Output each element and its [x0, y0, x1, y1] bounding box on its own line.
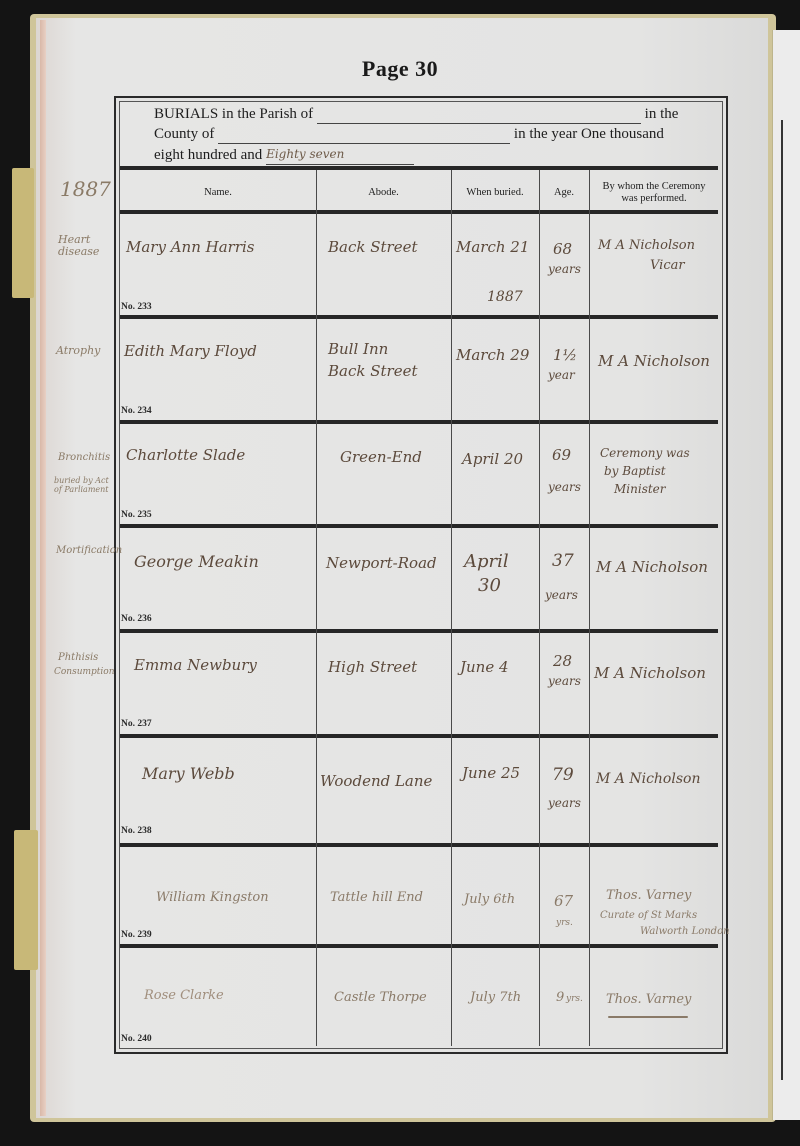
entry-age: 67 — [554, 892, 573, 911]
entry-name: Mary Webb — [142, 764, 235, 783]
margin-year: 1887 — [60, 178, 111, 200]
entry-abode: Back Street — [328, 238, 417, 257]
col-header-ceremony: By whom the Ceremony was performed. — [595, 176, 713, 210]
entry-abode: Tattle hill End — [330, 888, 423, 907]
rule-row — [120, 524, 718, 528]
entry-age: 1½ — [553, 346, 577, 365]
entry-buried: July 7th — [470, 988, 521, 1007]
entry-buried-note: 1887 — [487, 288, 523, 307]
entry-buried: July 6th — [464, 890, 515, 909]
entry-officiant: M A Nicholson — [598, 236, 695, 255]
heading-eight-hundred: eight hundred and — [154, 147, 262, 163]
entry-age: 9 — [556, 988, 564, 1007]
entry-officiant: Thos. Varney — [606, 990, 691, 1009]
binding-tab-top — [12, 168, 34, 298]
col-header-when-buried: When buried. — [451, 176, 539, 210]
entry-age-unit: yrs. — [566, 990, 583, 1009]
entry-abode-line2: Back Street — [328, 362, 417, 381]
binding-tab-bottom — [14, 830, 38, 970]
entry-abode: Woodend Lane — [320, 772, 432, 791]
entry-name: George Meakin — [134, 552, 259, 571]
margin-cause: Phthisis — [58, 652, 98, 664]
entry-age: 28 — [553, 652, 572, 671]
entry-officiant: M A Nicholson — [594, 664, 706, 683]
entry-age: 69 — [552, 446, 571, 465]
page-red-edge — [40, 20, 46, 1116]
rule-row — [120, 734, 718, 738]
entry-buried: March 29 — [456, 346, 529, 365]
col-divider — [316, 170, 317, 1046]
heading-county-label: County of — [154, 126, 214, 142]
entry-age: 79 — [552, 766, 574, 785]
rule-row — [120, 944, 718, 948]
margin-note: buried by Act of Parliament — [54, 476, 114, 494]
rule-row — [120, 420, 718, 424]
entry-officiant-note2: Walworth London — [640, 922, 730, 941]
next-page-edge — [772, 30, 800, 1120]
rule-header-bottom — [120, 210, 718, 214]
heading-parish-label: BURIALS in the Parish of — [154, 106, 313, 122]
entry-buried: April — [464, 552, 509, 571]
heading-in-the: in the — [645, 106, 679, 122]
entry-officiant-note: Vicar — [650, 256, 685, 275]
entry-officiant-note2: Minister — [614, 480, 666, 499]
handwritten-year: Eighty seven — [266, 144, 414, 165]
entry-age-unit: years — [548, 260, 581, 279]
entry-age-unit: year — [548, 366, 575, 385]
entry-officiant: Ceremony was — [600, 444, 690, 463]
page-title: Page 30 — [0, 56, 800, 82]
entry-age: 68 — [553, 240, 572, 259]
entry-number: No. 234 — [121, 406, 152, 416]
col-header-abode: Abode. — [316, 176, 451, 210]
entry-number: No. 233 — [121, 302, 152, 312]
heading-year-label: in the year One thousand — [514, 126, 664, 142]
margin-note: Consumption — [54, 666, 115, 678]
entry-age: 37 — [552, 552, 574, 571]
entry-number: No. 240 — [121, 1034, 152, 1044]
entry-abode: High Street — [328, 658, 417, 677]
margin-cause: Bronchitis — [58, 452, 110, 464]
entry-age-unit: years — [548, 794, 581, 813]
entry-number: No. 236 — [121, 614, 152, 624]
entry-number: No. 238 — [121, 826, 152, 836]
entry-buried: April 20 — [462, 450, 523, 469]
entry-officiant-note: by Baptist — [604, 462, 666, 481]
entry-age-unit: years — [548, 672, 581, 691]
entry-abode: Green-End — [340, 448, 422, 467]
entry-name: Emma Newbury — [134, 656, 257, 675]
entry-name: William Kingston — [156, 888, 269, 907]
col-divider — [539, 170, 540, 1046]
entry-name: Rose Clarke — [144, 986, 224, 1005]
rule-row — [120, 629, 718, 633]
margin-cause: Atrophy — [56, 345, 100, 357]
entry-name: Edith Mary Floyd — [124, 342, 257, 361]
entry-age-unit: yrs. — [556, 914, 573, 933]
entry-number: No. 239 — [121, 930, 152, 940]
entry-abode: Newport-Road — [326, 554, 437, 573]
entry-officiant: M A Nicholson — [596, 558, 708, 577]
col-header-name: Name. — [120, 176, 316, 210]
entry-name: Mary Ann Harris — [126, 238, 255, 257]
signature-underline — [608, 1016, 688, 1018]
entry-name: Charlotte Slade — [126, 446, 245, 465]
entry-buried: March 21 — [456, 238, 529, 257]
entry-number: No. 237 — [121, 719, 152, 729]
register-heading: BURIALS in the Parish of in the County o… — [154, 104, 714, 164]
entry-abode: Bull Inn — [328, 340, 388, 359]
entry-officiant: Thos. Varney — [606, 886, 691, 905]
entry-officiant: M A Nicholson — [598, 352, 710, 371]
entry-buried-note: 30 — [478, 576, 501, 595]
entry-age-unit: years — [545, 586, 578, 605]
col-header-age: Age. — [539, 176, 589, 210]
entry-officiant: M A Nicholson — [596, 770, 700, 789]
entry-abode: Castle Thorpe — [334, 988, 427, 1007]
rule-header-top — [120, 166, 718, 170]
col-divider — [451, 170, 452, 1046]
entry-number: No. 235 — [121, 510, 152, 520]
rule-row — [120, 843, 718, 847]
entry-buried: June 4 — [460, 658, 509, 677]
margin-cause: Heart disease — [58, 234, 110, 258]
margin-cause: Mortification — [56, 545, 122, 557]
entry-age-unit: years — [548, 478, 581, 497]
rule-row — [120, 315, 718, 319]
col-divider — [589, 170, 590, 1046]
entry-buried: June 25 — [462, 764, 520, 783]
